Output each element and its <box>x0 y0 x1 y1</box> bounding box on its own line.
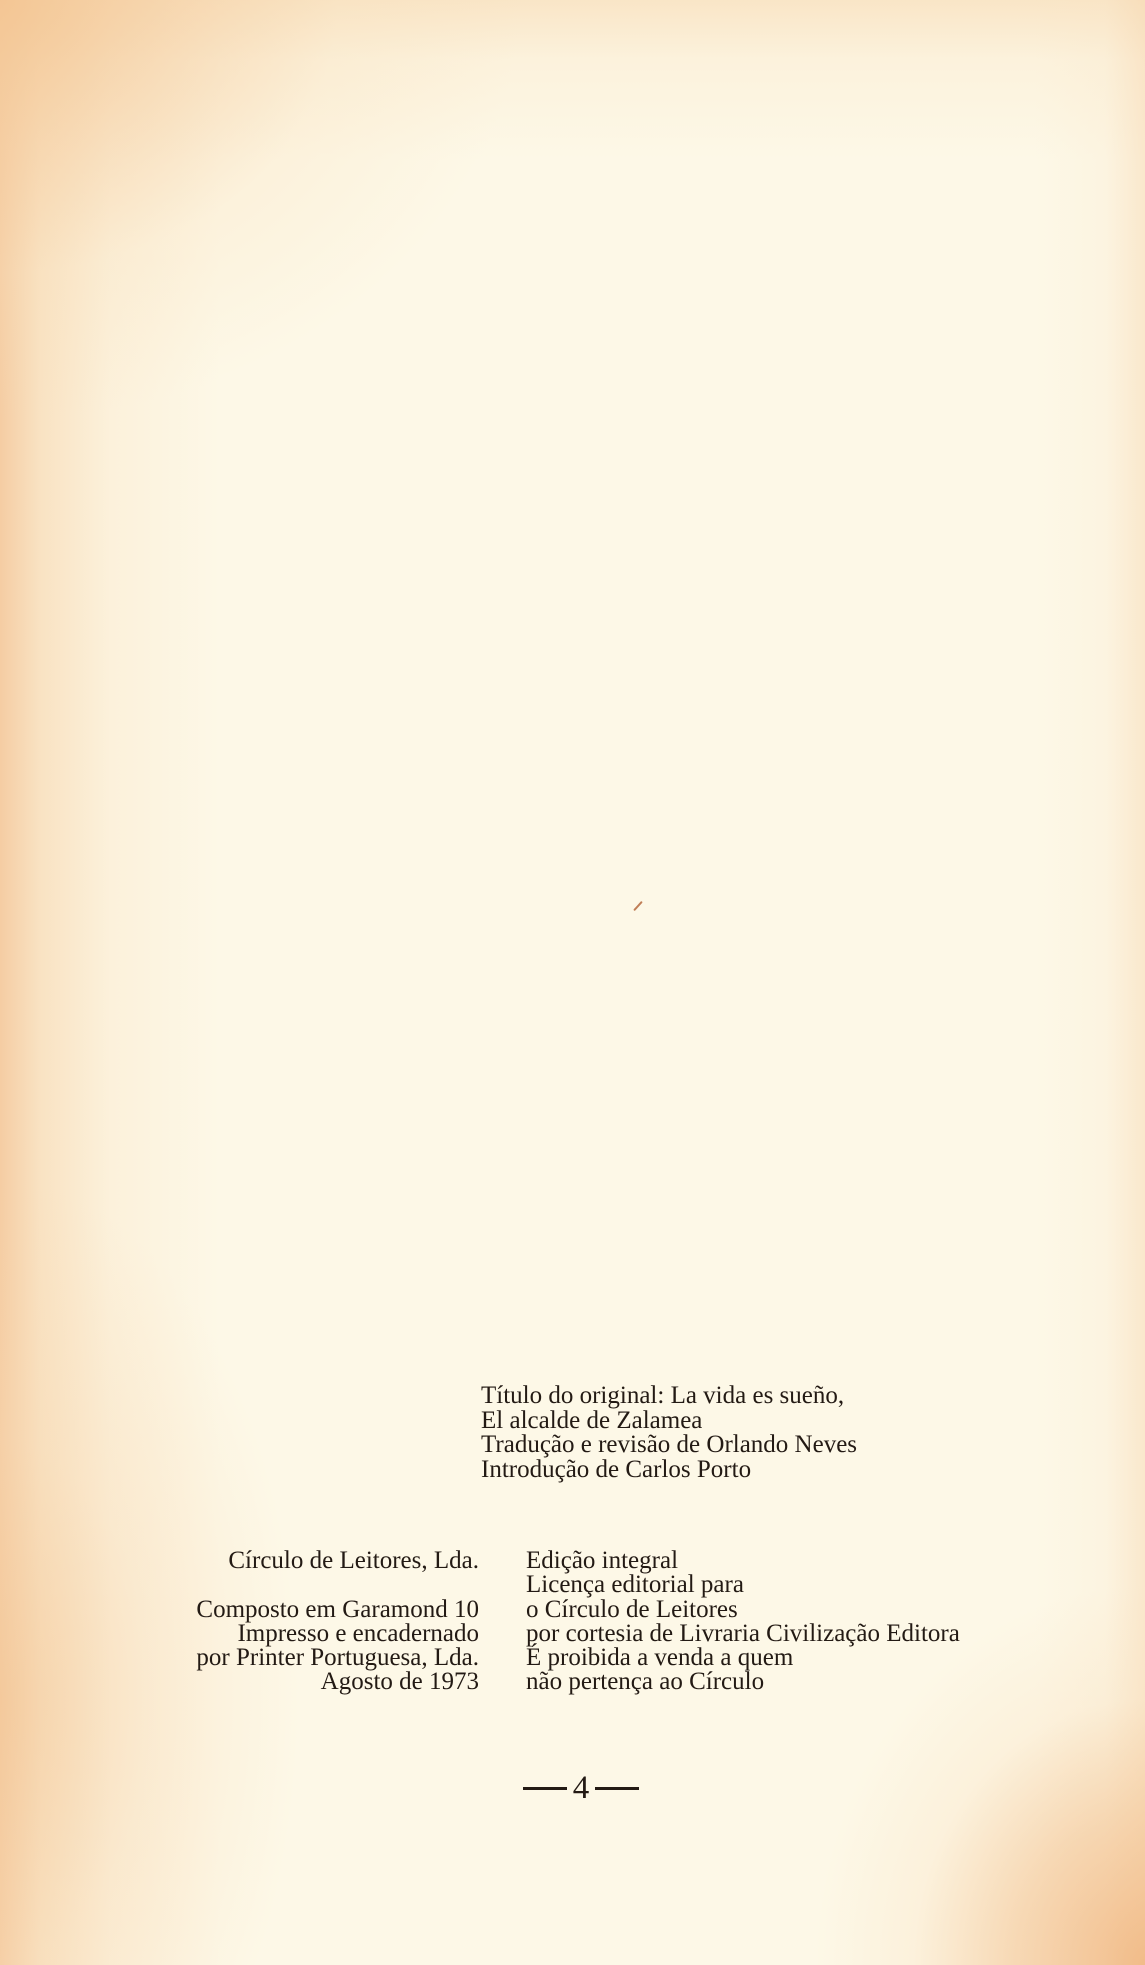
em-dash-left <box>523 1787 567 1790</box>
sale-restriction-line-2: não pertença ao Círculo <box>526 1670 960 1694</box>
typeset-info: Composto em Garamond 10 <box>196 1598 479 1622</box>
license-line-2: o Círculo de Leitores <box>526 1598 960 1622</box>
introduction-credit: Introdução de Carlos Porto <box>481 1458 857 1483</box>
original-title-line-2: El alcalde de Zalamea <box>481 1409 857 1434</box>
original-title-credits: Título do original: La vida es sueño, El… <box>481 1384 857 1482</box>
printing-info: Impresso e encadernado <box>196 1622 479 1646</box>
paper-fiber-speck <box>633 901 643 911</box>
publisher-name: Círculo de Leitores, Lda. <box>196 1549 479 1573</box>
edition-type: Edição integral <box>526 1549 960 1573</box>
original-title-line: Título do original: La vida es sueño, <box>481 1384 857 1409</box>
page-number-value: 4 <box>573 1770 590 1806</box>
sale-restriction-line-1: É proibida a venda a quem <box>526 1646 960 1670</box>
page-number: 4 <box>481 1770 681 1806</box>
edition-license-notice: Edição integral Licença editorial para o… <box>526 1549 960 1695</box>
imprint-spacer <box>196 1573 479 1597</box>
printer-name: por Printer Portuguesa, Lda. <box>196 1646 479 1670</box>
publisher-printer-imprint: Círculo de Leitores, Lda. Composto em Ga… <box>196 1549 479 1695</box>
translation-credit: Tradução e revisão de Orlando Neves <box>481 1433 857 1458</box>
license-line-1: Licença editorial para <box>526 1573 960 1597</box>
em-dash-right <box>595 1787 639 1790</box>
license-courtesy: por cortesia de Livraria Civilização Edi… <box>526 1622 960 1646</box>
print-date: Agosto de 1973 <box>196 1670 479 1694</box>
